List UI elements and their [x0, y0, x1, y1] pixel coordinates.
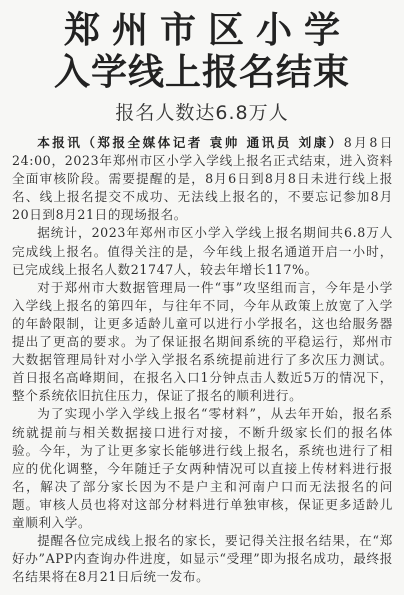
- paragraph-4: 为了实现小学入学线上报名“零材料”，从去年开始，报名系统就提前与相关数据接口进行…: [12, 405, 393, 532]
- dateline-lead: 本报讯（郑报全媒体记者 袁帅 通讯员 刘康）: [37, 135, 344, 150]
- paragraph-1: 本报讯（郑报全媒体记者 袁帅 通讯员 刘康）8月8日24:00，2023年郑州市…: [12, 134, 393, 224]
- newspaper-article: 郑州市区小学 入学线上报名结束 报名人数达6.8万人 本报讯（郑报全媒体记者 袁…: [0, 0, 404, 595]
- paragraph-3: 对于郑州市大数据管理局一件“事”攻坚组而言，今年是小学入学线上报名的第四年，与往…: [12, 279, 393, 406]
- headline-line-1: 郑州市区小学: [0, 0, 404, 52]
- article-body: 本报讯（郑报全媒体记者 袁帅 通讯员 刘康）8月8日24:00，2023年郑州市…: [0, 134, 404, 586]
- paragraph-2: 据统计，2023年郑州市区小学入学线上报名期间共6.8万人完成线上报名。值得关注…: [12, 224, 393, 278]
- headline-line-2: 入学线上报名结束: [0, 52, 404, 94]
- paragraph-5: 提醒各位完成线上报名的家长，要记得关注报名结果，在“郑好办”APP内查询办件进度…: [12, 532, 393, 586]
- subheadline: 报名人数达6.8万人: [0, 100, 404, 126]
